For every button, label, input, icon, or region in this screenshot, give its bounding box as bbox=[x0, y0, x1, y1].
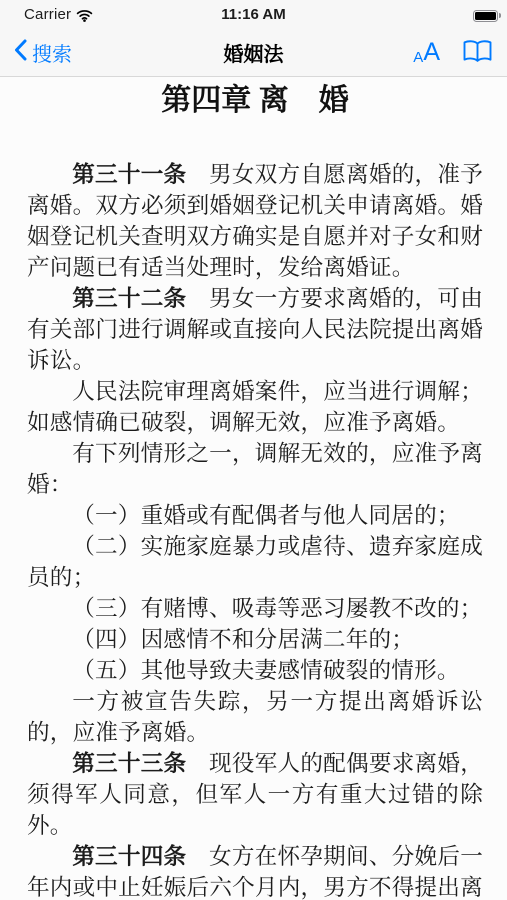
article-number: 第三十二条 bbox=[72, 286, 186, 311]
open-book-icon bbox=[462, 39, 493, 67]
carrier-label: Carrier bbox=[24, 6, 71, 23]
article-body: 第三十一条男女双方自愿离婚的，准予离婚。双方必须到婚姻登记机关申请离婚。婚姻登记… bbox=[27, 159, 483, 900]
paragraph: （五）其他导致夫妻感情破裂的情形。 bbox=[27, 655, 483, 686]
battery-icon bbox=[473, 10, 501, 22]
navigation-bar: 搜索 婚姻法 AA bbox=[0, 29, 507, 77]
paragraph-text: （二）实施家庭暴力或虐待、遗弃家庭成员的； bbox=[27, 534, 483, 590]
paragraph-text: （一）重婚或有配偶者与他人同居的； bbox=[72, 503, 460, 528]
paragraph: （一）重婚或有配偶者与他人同居的； bbox=[27, 500, 483, 531]
reader-scroll-area[interactable]: 第四章 离 婚 第三十一条男女双方自愿离婚的，准予离婚。双方必须到婚姻登记机关申… bbox=[0, 77, 507, 900]
article-number: 第三十三条 bbox=[72, 751, 186, 776]
chevron-left-icon bbox=[14, 39, 27, 67]
article-number: 第三十四条 bbox=[72, 844, 186, 869]
paragraph-text: （四）因感情不和分居满二年的； bbox=[72, 627, 414, 652]
back-button[interactable]: 搜索 bbox=[14, 38, 72, 67]
paragraph: 第三十二条男女一方要求离婚的，可由有关部门进行调解或直接向人民法院提出离婚诉讼。 bbox=[27, 283, 483, 376]
font-size-button[interactable]: AA bbox=[413, 40, 440, 65]
paragraph: 有下列情形之一，调解无效的，应准予离婚： bbox=[27, 438, 483, 500]
paragraph-text: 一方被宣告失踪，另一方提出离婚诉讼的，应准予离婚。 bbox=[27, 689, 483, 745]
paragraph: （二）实施家庭暴力或虐待、遗弃家庭成员的； bbox=[27, 531, 483, 593]
paragraph: 第三十一条男女双方自愿离婚的，准予离婚。双方必须到婚姻登记机关申请离婚。婚姻登记… bbox=[27, 159, 483, 283]
status-bar: Carrier 11:16 AM bbox=[0, 0, 507, 29]
paragraph: 一方被宣告失踪，另一方提出离婚诉讼的，应准予离婚。 bbox=[27, 686, 483, 748]
paragraph: 第三十四条女方在怀孕期间、分娩后一年内或中止妊娠后六个月内，男方不得提出离 bbox=[27, 841, 483, 900]
paragraph: 第三十三条现役军人的配偶要求离婚，须得军人同意，但军人一方有重大过错的除外。 bbox=[27, 748, 483, 841]
paragraph-text: 有下列情形之一，调解无效的，应准予离婚： bbox=[27, 441, 483, 497]
wifi-icon bbox=[76, 7, 93, 22]
font-size-small-glyph: A bbox=[413, 50, 423, 65]
paragraph: （三）有赌博、吸毒等恶习屡教不改的； bbox=[27, 593, 483, 624]
article-number: 第三十一条 bbox=[72, 162, 186, 187]
carrier-section: Carrier bbox=[24, 6, 93, 23]
app-window: Carrier 11:16 AM 搜索 bbox=[0, 0, 507, 900]
paragraph-text: （五）其他导致夫妻感情破裂的情形。 bbox=[72, 658, 460, 683]
paragraph: 人民法院审理离婚案件，应当进行调解；如感情确已破裂，调解无效，应准予离婚。 bbox=[27, 376, 483, 438]
font-size-large-glyph: A bbox=[423, 40, 440, 65]
back-button-label: 搜索 bbox=[32, 38, 72, 67]
bookmarks-button[interactable] bbox=[462, 39, 493, 67]
paragraph-text: 人民法院审理离婚案件，应当进行调解；如感情确已破裂，调解无效，应准予离婚。 bbox=[27, 379, 483, 435]
paragraph: （四）因感情不和分居满二年的； bbox=[27, 624, 483, 655]
paragraph-text: （三）有赌博、吸毒等恶习屡教不改的； bbox=[72, 596, 482, 621]
nav-actions: AA bbox=[413, 39, 493, 67]
chapter-title: 第四章 离 婚 bbox=[27, 83, 483, 119]
